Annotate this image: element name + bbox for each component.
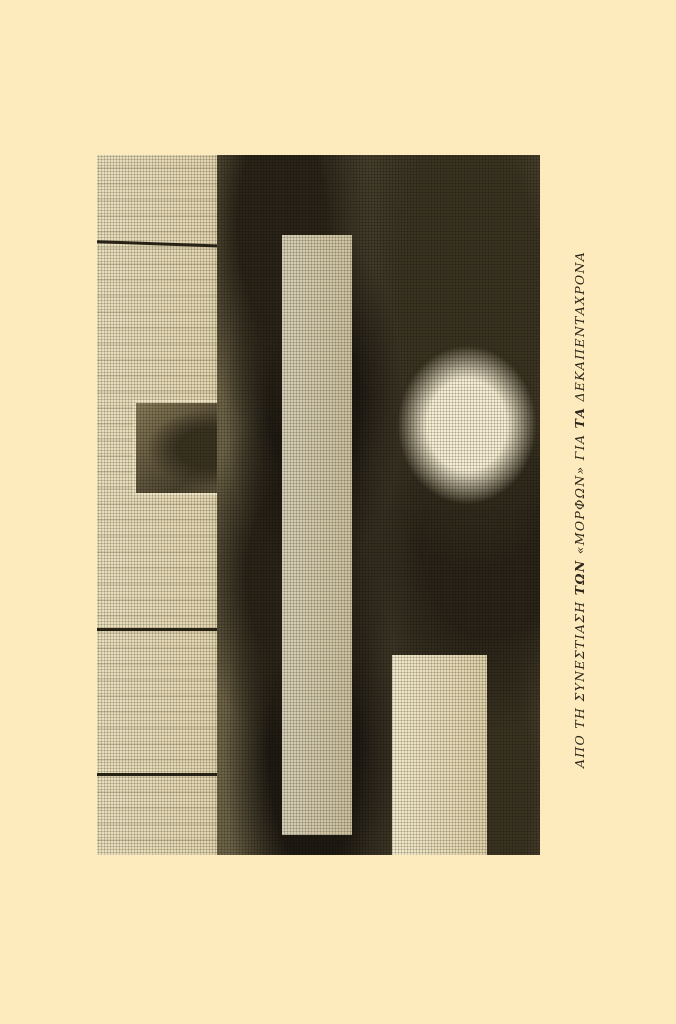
caption-text-bold: ΤΩΝ (572, 559, 587, 595)
halftone-texture (97, 155, 540, 855)
photo-caption: ΑΠΟ ΤΗ ΣΥΝΕΣΤΙΑΣΗ ΤΩΝ «ΜΟΡΦΩΝ» ΓΙΑ ΤΑ ΔΕ… (572, 251, 587, 768)
caption-text-bold: ΤΑ (572, 407, 587, 429)
banquet-photo (97, 155, 540, 855)
caption-text: ΔΕΚΑΠΕΝΤΑΧΡΟΝΑ (572, 251, 587, 407)
caption-text: ΑΠΟ ΤΗ ΣΥΝΕΣΤΙΑΣΗ (572, 595, 587, 768)
caption-text: «ΜΟΡΦΩΝ» ΓΙΑ (572, 428, 587, 559)
